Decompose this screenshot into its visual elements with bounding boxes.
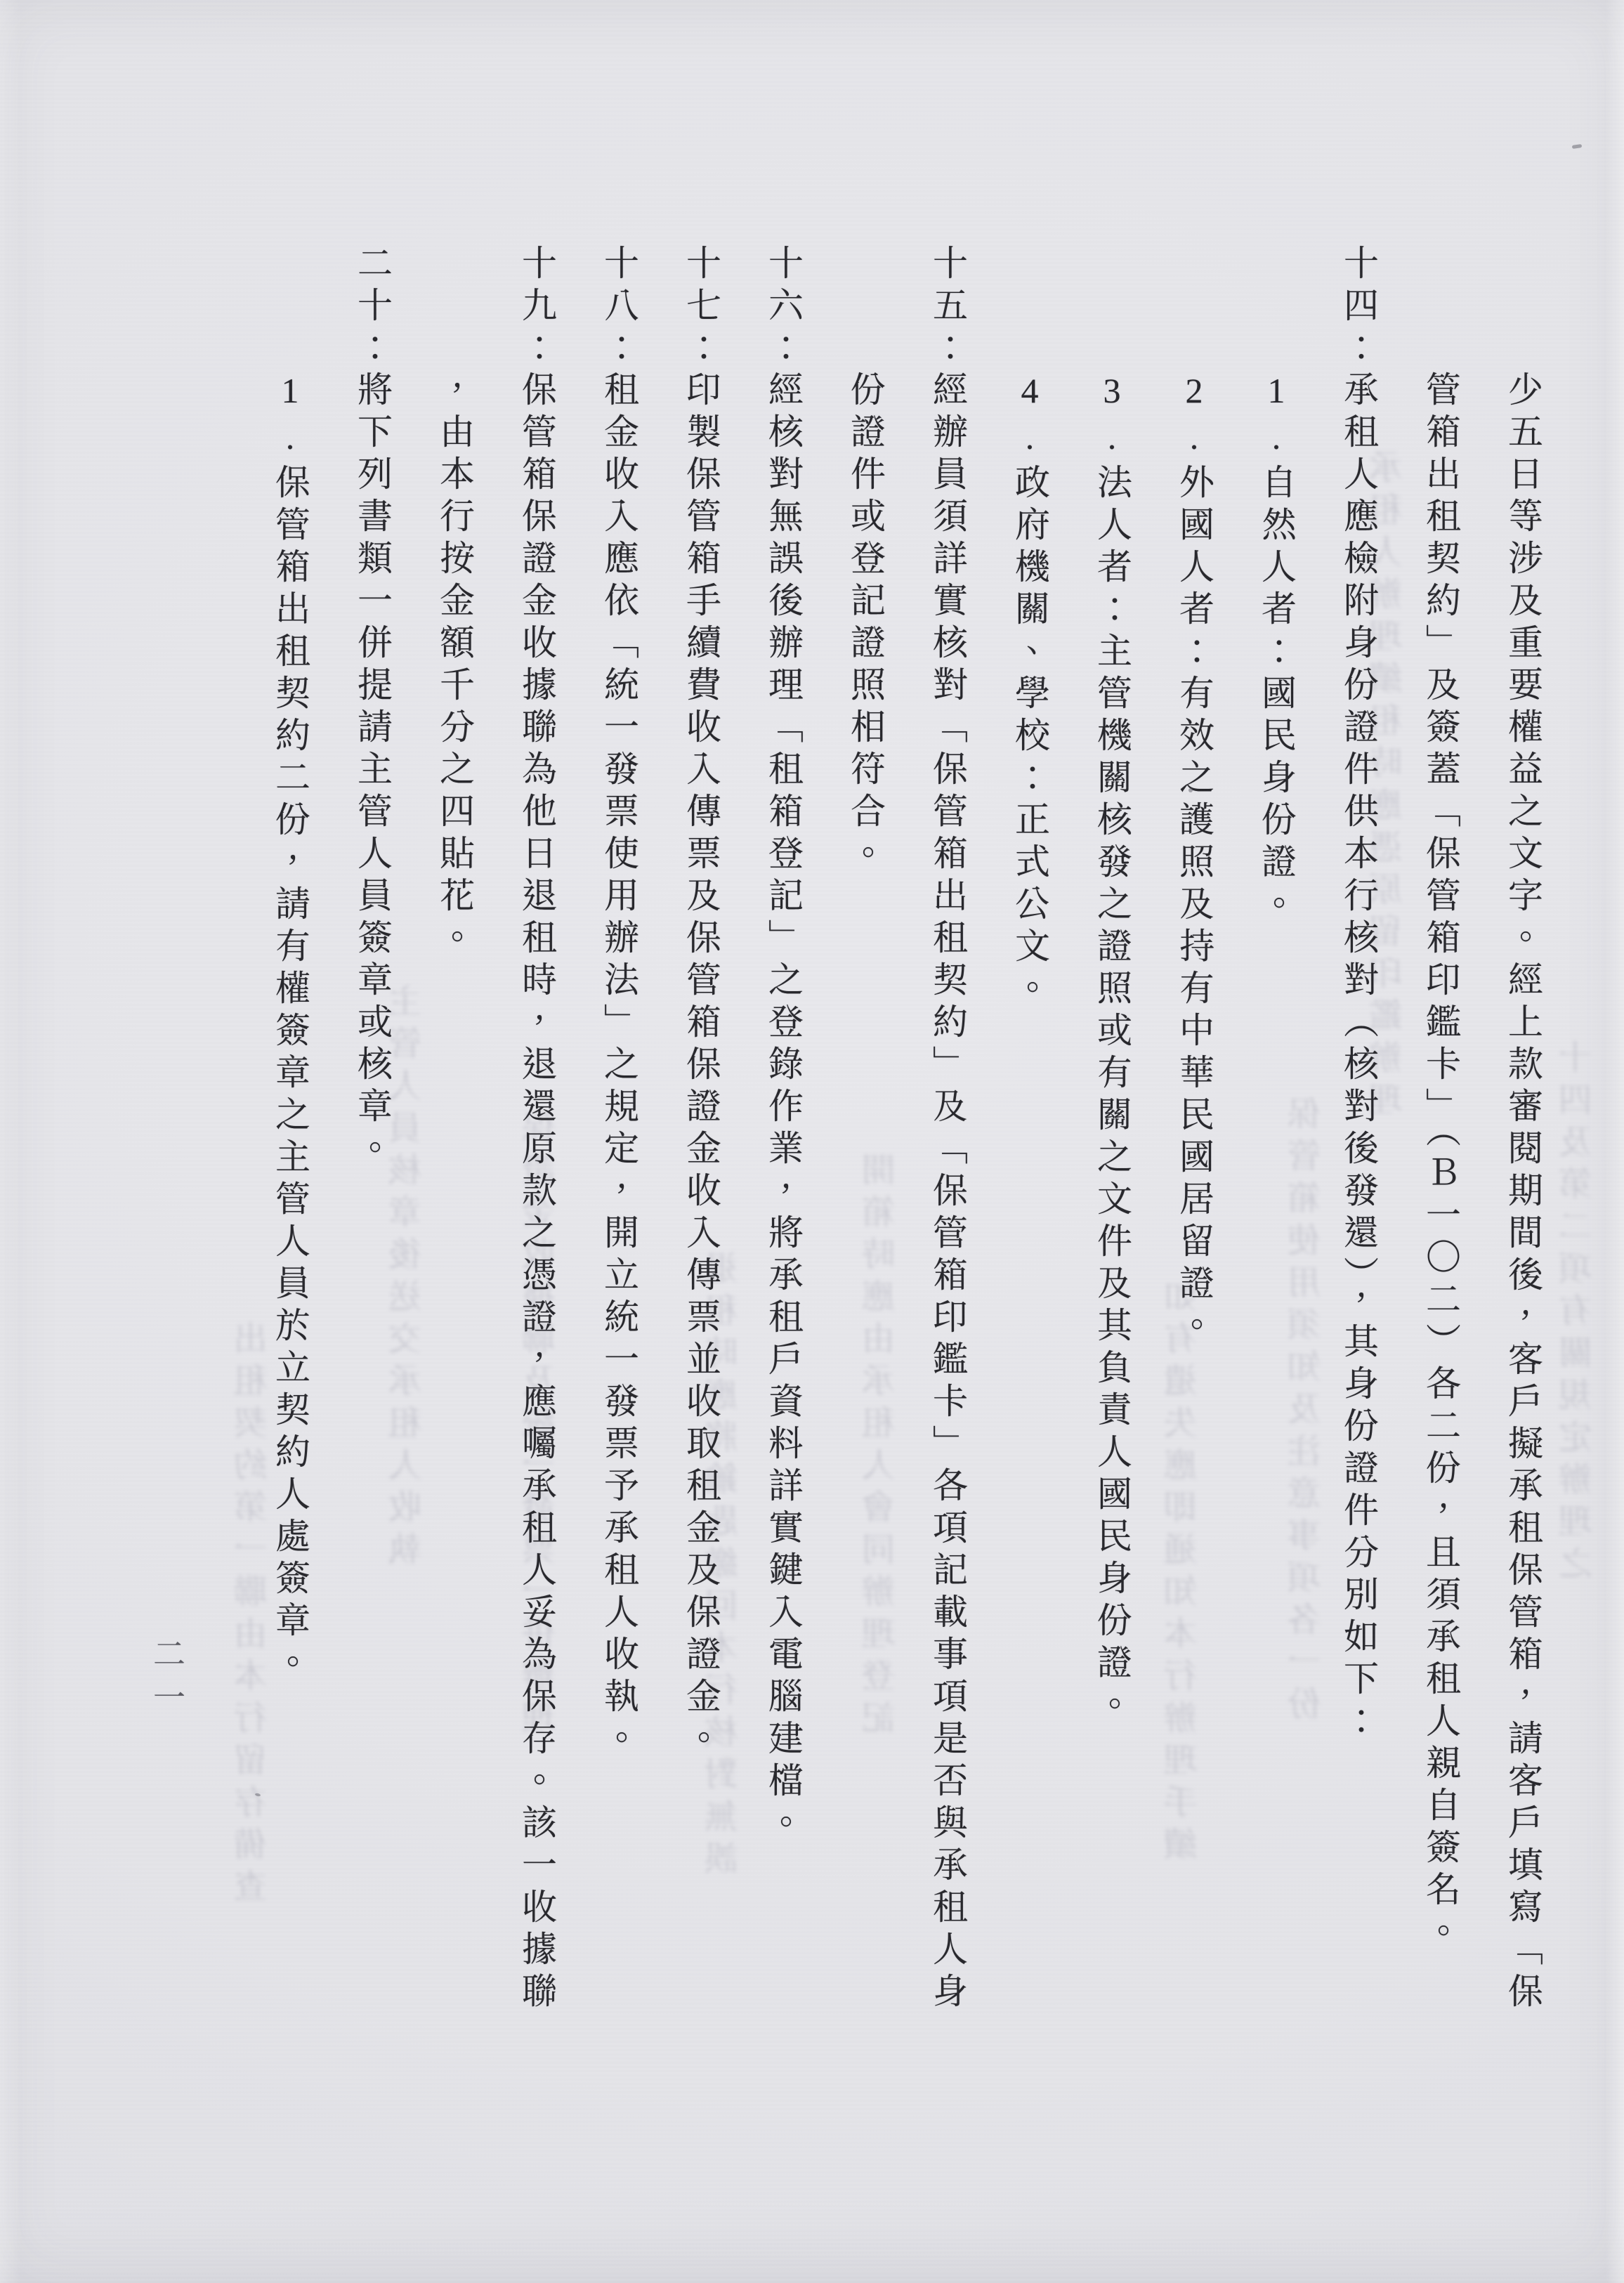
scanned-document-page: 承租人辦理續租時應憑原留印鑑辦理 十四及第二項有關規定辦理之 保管箱使用須知及注… [0,0,1624,2283]
item-17-column: 十七：印製保管箱手續費收入傳票及保管箱保證金收入傳票並收取租金及保證金。 [683,244,719,2057]
item-19-column-2: ，由本行按金額千分之四貼花。 [436,244,473,2057]
item-15-column-1: 十五：經辦員須詳實核對「保管箱出租契約」及「保管箱印鑑卡」各項記載事項是否與承租… [929,244,966,2057]
item-14-sub-1-column: 1.自然人者：國民身份證。 [1258,244,1295,2057]
item-14-column: 十四：承租人應檢附身份證件供本行核對（核對後發還），其身份證件分別如下： [1340,244,1377,2057]
item-14-sub-3-column: 3.法人者：主管機關核發之證照或有關之文件及其負責人國民身份證。 [1094,244,1130,2057]
intro-continuation-column-1: 少五日等涉及重要權益之文字。經上款審閱期間後，客戶擬承租保管箱，請客戶填寫「保 [1505,244,1541,2057]
scan-speckle [1188,788,1193,792]
scan-speckle [1572,144,1583,149]
item-20-column: 二十：將下列書類一併提請主管人員簽章或核章。 [354,244,391,2057]
bleed-through-column: 十四及第二項有關規定辦理之 [1561,1040,1597,1588]
item-15-column-2: 份證件或登記證照相符合。 [847,244,884,2057]
page-number: 二一 [149,1637,184,1724]
item-19-column-1: 十九：保管箱保證金收據聯為他日退租時，退還原款之憑證，應囑承租人妥為保存。該一收… [518,244,555,2057]
intro-continuation-column-2: 管箱出租契約」及簽蓋「保管箱印鑑卡」（Ｂ一〇二）各二份，且須承租人親自簽名。 [1422,244,1459,2057]
document-text-block: 少五日等涉及重要權益之文字。經上款審閱期間後，客戶擬承租保管箱，請客戶填寫「保 … [226,244,1541,2057]
item-14-sub-4-column: 4.政府機關、學校：正式公文。 [1011,244,1048,2057]
item-14-sub-2-column: 2.外國人者：有效之護照及持有中華民國居留證。 [1176,244,1212,2057]
item-18-column: 十八：租金收入應依「統一發票使用辦法」之規定，開立統一發票予承租人收執。 [601,244,637,2057]
item-20-sub-1-column: 1.保管箱出租契約二份，請有權簽章之主管人員於立契約人處簽章。 [272,244,308,2057]
item-16-column: 十六：經核對無誤後辦理「租箱登記」之登錄作業，將承租戶資料詳實鍵入電腦建檔。 [765,244,801,2057]
